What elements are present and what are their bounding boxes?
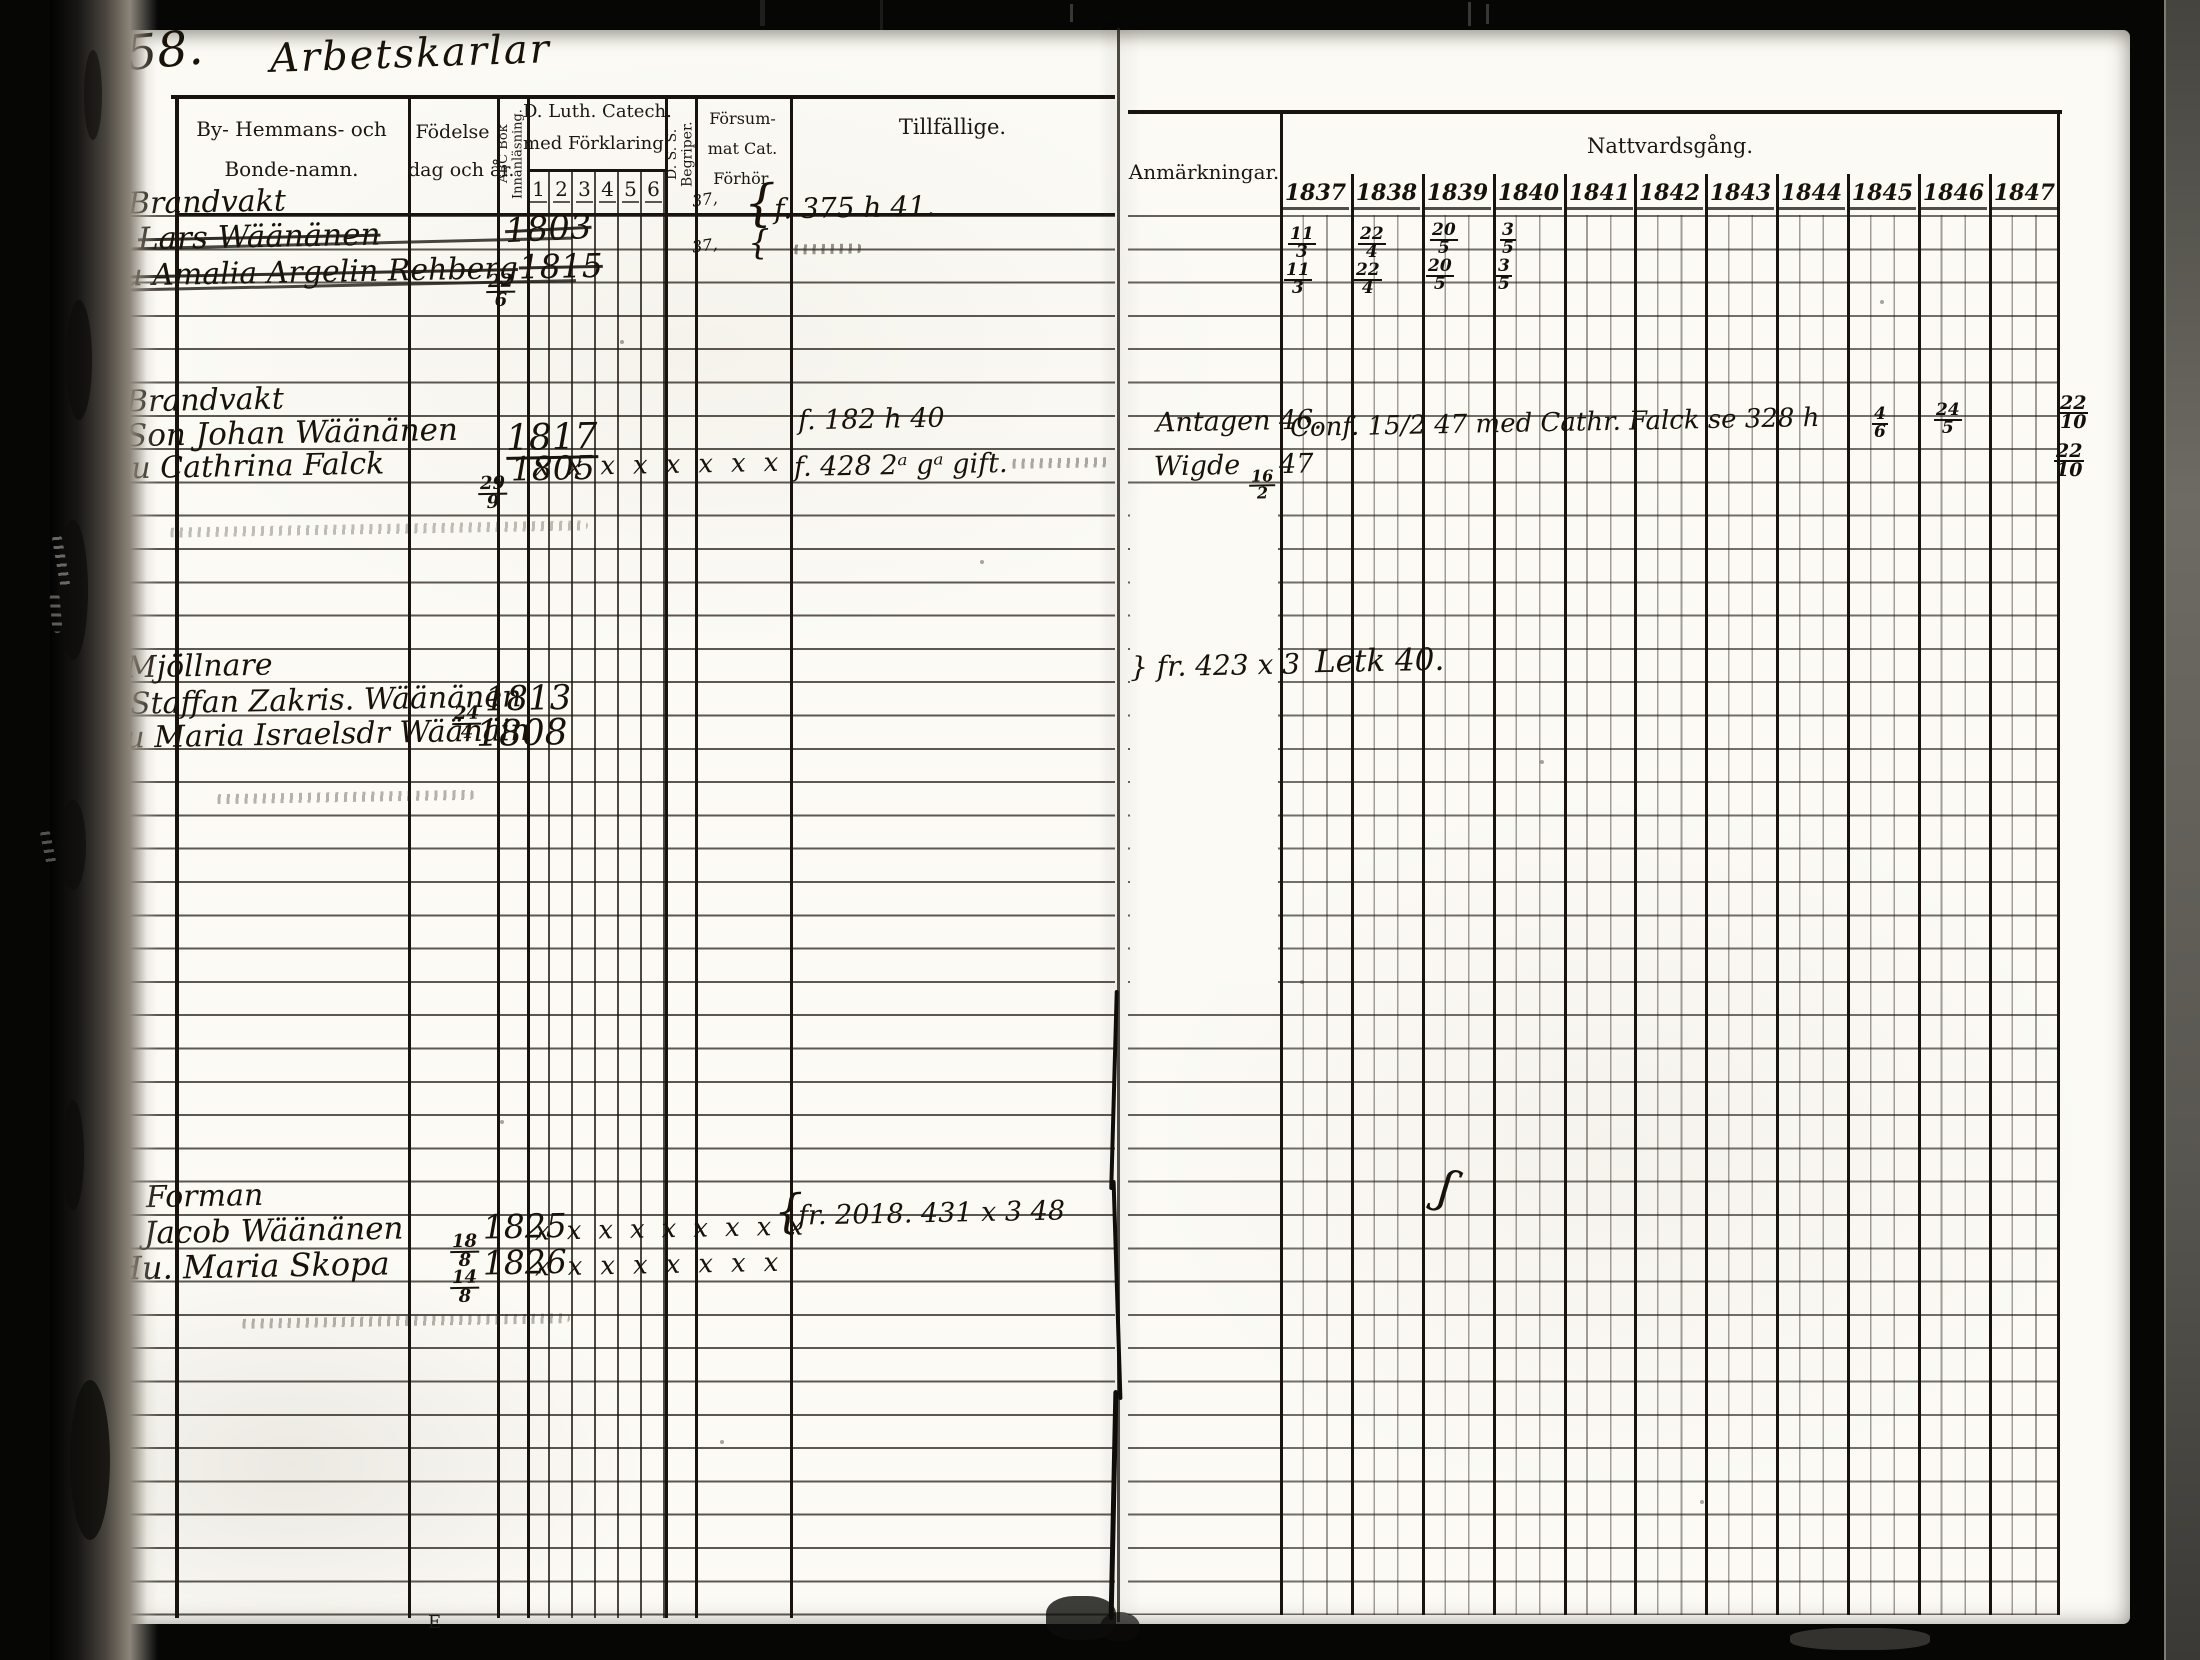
tillfallige-note: f. 428 2ᵃ gᵃ gift. [794, 450, 1008, 481]
page-edge-date: 2210 [2058, 395, 2088, 432]
occupation: Forman [146, 1181, 264, 1213]
ink-blot [60, 800, 86, 890]
birth-year: 1808 [476, 715, 568, 753]
speck [720, 1440, 724, 1444]
handwritten-entries: 358. Arbetskarlar Brandvakt Lars Wäänäne… [0, 0, 2200, 1660]
speck [1880, 300, 1884, 304]
speck [620, 340, 624, 344]
faint-scribble [1010, 457, 1110, 469]
birth-day-month: 148 [450, 1270, 480, 1306]
communion-date: 35 [1496, 259, 1512, 292]
faint-scribble [792, 243, 862, 254]
anmarkning-note: } fr. 423 x 3 [1130, 650, 1301, 681]
scan-noise [1070, 4, 1073, 22]
anmarkning-note: Letk 40. [1315, 645, 1445, 678]
birth-day-month: 226 [486, 274, 516, 310]
forsummat-mark: 37, [691, 236, 718, 255]
communion-date: 205 [1426, 259, 1454, 292]
anm-year: 47 [1279, 448, 1314, 480]
birth-year: 1803 [504, 210, 592, 248]
ink-blot [66, 300, 92, 420]
ink-blot [70, 1380, 110, 1540]
person-name: Lars Wäänänen [138, 220, 381, 256]
anm-date: 162 [1249, 469, 1276, 501]
nattvardsgang-note: Conf. 15/2 47 med Cathr. Falck se 328 h [1290, 405, 1820, 441]
anm-text: Wigde [1154, 450, 1241, 483]
faint-note-line [215, 790, 475, 805]
scan-noise [1486, 4, 1489, 24]
catechism-marks: xxxxxxxx [535, 1249, 797, 1280]
tillfallige-note: fr. 2018. 431 x 3 48 [798, 1197, 1066, 1229]
edge-smudge [1790, 1628, 1930, 1650]
pen-stroke: ʃ [1435, 1163, 1458, 1211]
communion-date: 46 [1872, 407, 1888, 440]
page-title-handwritten: Arbetskarlar [269, 29, 551, 79]
scanner-edge-strip [2164, 0, 2200, 1660]
page-edge-date: 2210 [2054, 443, 2084, 480]
catechism-marks: xxxxxxxx [535, 449, 797, 480]
person-name: hu Maria Israelsdr Wäänäin [106, 716, 530, 754]
brace-mark: { [744, 178, 777, 229]
scan-noise [760, 0, 765, 26]
brace-mark: { [748, 226, 770, 260]
person-name: Son Johan Wäänänen [126, 415, 458, 452]
ink-blot [84, 50, 102, 140]
tillfallige-note: f. 182 h 40 [798, 405, 945, 435]
faint-note-line [168, 520, 588, 537]
communion-date: 245 [1934, 403, 1962, 436]
scanned-ledger-spread: By- Hemmans- och Bonde-namn. Födelse dag… [0, 0, 2200, 1660]
forsummat-mark: 37, [691, 190, 718, 209]
communion-date: 113 [1284, 263, 1312, 296]
communion-date: 224 [1354, 263, 1382, 296]
faint-note-line [240, 1313, 570, 1329]
bottom-signature-mark: E [428, 1612, 441, 1633]
scan-noise [880, 0, 883, 30]
speck [980, 560, 984, 564]
anmarkning-note: Wigde 16247 [1154, 450, 1315, 502]
birth-day-month: 299 [478, 476, 508, 512]
scan-noise [1468, 2, 1471, 26]
ink-blot [62, 1100, 84, 1210]
speck [500, 1120, 504, 1124]
speck [1540, 760, 1544, 764]
speck [1300, 980, 1304, 984]
fold-shadow-blot [1100, 1612, 1140, 1642]
tillfallige-note: f. 375 h 41. [774, 192, 935, 223]
speck [1700, 1500, 1704, 1504]
